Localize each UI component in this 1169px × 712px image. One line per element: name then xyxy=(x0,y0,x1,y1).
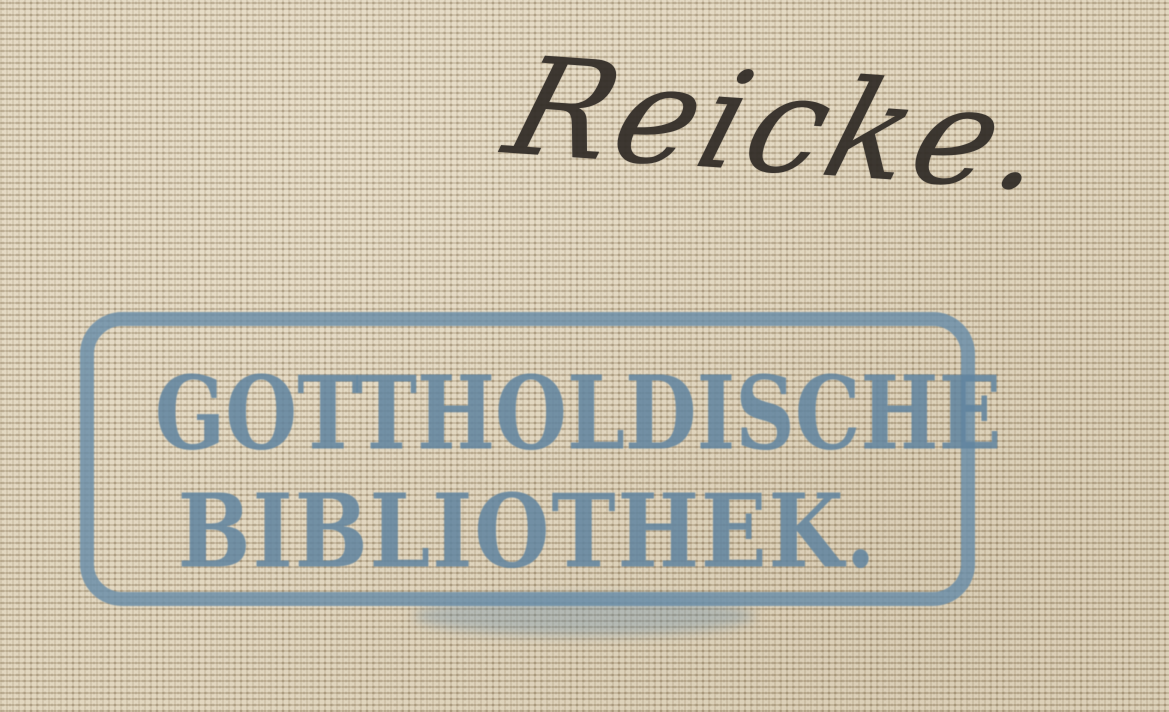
stamp-ink-smudge xyxy=(414,596,754,636)
stamp-line-bottom: BIBLIOTHEK. xyxy=(137,482,917,583)
library-stamp: GOTTHOLDISCHE BIBLIOTHEK. xyxy=(80,312,975,606)
handwritten-name: Reicke. xyxy=(494,40,1068,211)
stamp-line-top: GOTTHOLDISCHE xyxy=(155,364,901,465)
